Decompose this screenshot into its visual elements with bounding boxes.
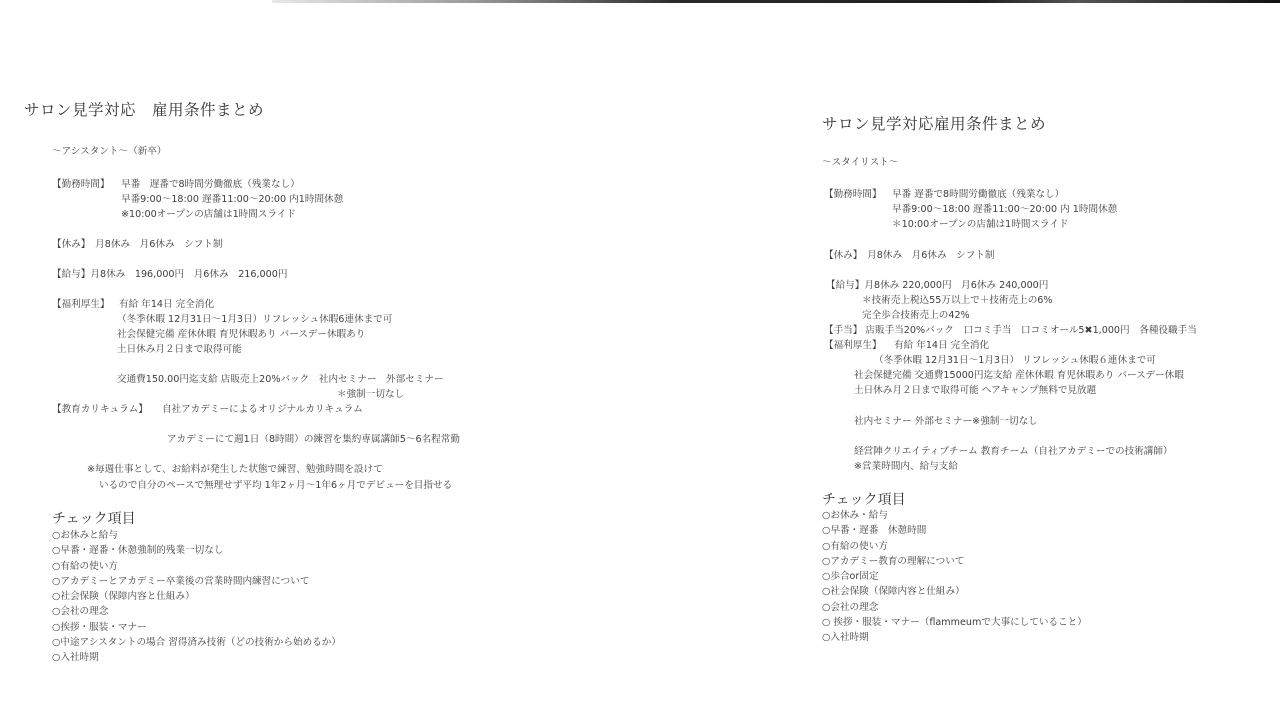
checklist-item: ○早番・遅番・休憩強制的残業一切なし — [52, 543, 341, 558]
checklist-item: ○会社の理念 — [822, 600, 1087, 615]
allowance-line: 【手当】 店販手当20%バック 口コミ手当 口コミオール5✖1,000円 各種役… — [824, 323, 1197, 338]
welfare-line: 土日休み月２日まで取得可能 — [117, 342, 242, 357]
checklist-item: ○アカデミーとアカデミー卒業後の営業時間内練習について — [52, 574, 341, 589]
welfare-line: 経営陣クリエイティブチーム 教育チーム（自社アカデミーでの技術講師） — [854, 444, 1173, 459]
checklist-item: ○社会保険（保障内容と仕組み） — [52, 589, 341, 604]
checklist-item: ○会社の理念 — [52, 604, 341, 619]
curriculum-note: いるので自分のペースで無理せず平均 1年2ヶ月〜1年6ヶ月でデビューを目指せる — [99, 478, 452, 493]
checklist-item: ○早番・遅番 休憩時間 — [822, 523, 1087, 538]
work-hours-label: 【勤務時間】 — [52, 177, 110, 192]
welfare-line: 社会保健完備 交通費15000円迄支給 産休休暇 育児休暇あり バースデー休暇 — [854, 368, 1184, 383]
work-hours-label: 【勤務時間】 — [824, 187, 882, 202]
curriculum-text: 自社アカデミーによるオリジナルカリキュラム — [162, 402, 363, 417]
welfare-line: （冬季休暇 12月31日〜1月3日）リフレッシュ休暇6連休まで可 — [117, 312, 392, 327]
work-hours-line: 早番9:00〜18:00 遅番11:00〜20:00 内1時間休憩 — [121, 192, 343, 207]
work-hours-line: 早番 遅番で8時間労働徹底（残業なし） — [121, 177, 300, 192]
salary-line: 【給与】月8休み 220,000円 月6休み 240,000円 — [826, 278, 1048, 293]
welfare-line: 交通費150.00円迄支給 店販売上20%バック 社内セミナー 外部セミナー — [117, 372, 444, 387]
checklist-item: ○有給の使い方 — [822, 539, 1087, 554]
welfare-line: 社内セミナー 外部セミナー※強制一切なし — [854, 414, 1038, 429]
curriculum-label: 【教育カリキュラム】 — [52, 402, 148, 417]
welfare-line: ※営業時間内、給与支給 — [854, 459, 958, 474]
salary-sub-line: 完全歩合技術売上の42% — [862, 308, 970, 323]
top-edge-bar — [272, 0, 1280, 3]
section-subtitle: 〜スタイリスト〜 — [822, 155, 898, 170]
checklist-item: ○入社時期 — [822, 630, 1087, 645]
holidays-line: 【休み】 月8休み 月6休み シフト制 — [52, 237, 223, 252]
welfare-label: 【福利厚生】 — [824, 338, 882, 353]
checklist: ○お休みと給与 ○早番・遅番・休憩強制的残業一切なし ○有給の使い方 ○アカデミ… — [52, 528, 341, 666]
welfare-label: 【福利厚生】 — [52, 297, 110, 312]
work-hours-line: 早番9:00〜18:00 遅番11:00〜20:00 内 1時間休憩 — [892, 202, 1117, 217]
checklist-item: ○ 挨拶・服装・マナー（flammeumで大事にしていること） — [822, 615, 1087, 630]
welfare-line: 有給 年14日 完全消化 — [894, 338, 989, 353]
welfare-line: 有給 年14日 完全消化 — [119, 297, 214, 312]
welfare-line: 土日休み月２日まで取得可能 ヘアキャンプ無料で見放題 — [854, 383, 1096, 398]
welfare-line: （冬季休暇 12月31日〜1月3日） リフレッシュ休暇６連休まで可 — [874, 353, 1156, 368]
checklist-item: ○社会保険（保障内容と仕組み） — [822, 584, 1087, 599]
checklist-title: チェック項目 — [52, 508, 136, 528]
curriculum-note: ※毎週仕事として、お給料が発生した状態で練習、勉強時間を設けて — [87, 462, 383, 477]
checklist-item: ○お休みと給与 — [52, 528, 341, 543]
checklist-title: チェック項目 — [822, 489, 906, 509]
checklist-item: ○挨拶・服装・マナー — [52, 620, 341, 635]
section-subtitle: 〜アシスタント〜（新卒） — [52, 144, 166, 159]
work-hours-line: ＊10:00オープンの店舗は1時間スライド — [892, 217, 1069, 232]
work-hours-line: ※10:00オープンの店舗は1時間スライド — [121, 207, 296, 222]
checklist-item: ○有給の使い方 — [52, 559, 341, 574]
welfare-line: ＊強制一切なし — [337, 387, 404, 402]
document-title: サロン見学対応雇用条件まとめ — [822, 112, 1046, 134]
document-title: サロン見学対応 雇用条件まとめ — [24, 98, 264, 120]
checklist-item: ○アカデミー教育の理解について — [822, 554, 1087, 569]
salary-line: 【給与】月8休み 196,000円 月6休み 216,000円 — [52, 267, 287, 282]
holidays-line: 【休み】 月8休み 月6休み シフト制 — [824, 248, 995, 263]
checklist-item: ○中途アシスタントの場合 習得済み技術（どの技術から始めるか） — [52, 635, 341, 650]
welfare-line: 社会保健完備 産休休暇 育児休暇あり バースデー休暇あり — [117, 327, 365, 342]
checklist-item: ○入社時期 — [52, 650, 341, 665]
salary-sub-line: ＊技術売上税込55万以上で＋技術売上の6% — [862, 293, 1053, 308]
checklist: ○お休み・給与 ○早番・遅番 休憩時間 ○有給の使い方 ○アカデミー教育の理解に… — [822, 508, 1087, 646]
checklist-item: ○お休み・給与 — [822, 508, 1087, 523]
work-hours-line: 早番 遅番で8時間労働徹底（残業なし） — [892, 187, 1064, 202]
checklist-item: ○歩合or固定 — [822, 569, 1087, 584]
curriculum-detail: アカデミーにて週1日（8時間）の練習を集約専属講師5〜6名程常勤 — [167, 432, 460, 447]
